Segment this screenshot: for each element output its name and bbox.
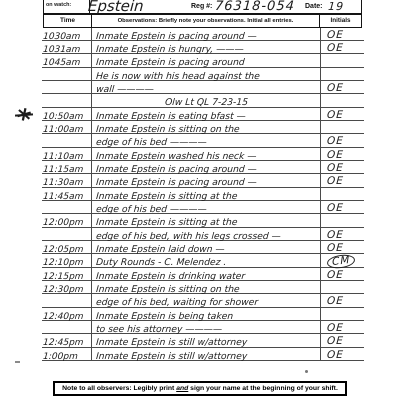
initials-value: OE bbox=[327, 42, 345, 54]
log-row: 12:45pm Inmate Epstein is still w/attorn… bbox=[42, 334, 364, 347]
time-value: 12:30pm bbox=[43, 284, 84, 297]
log-row: 12:30pm Inmate Epstein is sitting on the bbox=[42, 281, 364, 294]
observation-value: to see his attorney ———— bbox=[96, 323, 223, 336]
time-cell: 12:05pm bbox=[42, 241, 92, 253]
observation-value: Olw Lt QL 7-23-15 bbox=[164, 96, 248, 109]
log-row: 10:50am Inmate Epstein is eating bfast —… bbox=[42, 108, 364, 121]
observation-value: Inmate Epstein is still w/attorney bbox=[96, 350, 248, 363]
observation-value: edge of his bed, waiting for shower bbox=[96, 296, 259, 309]
time-value: 1045am bbox=[43, 57, 81, 70]
time-value: 12:40pm bbox=[43, 311, 84, 324]
initials-cell: OE bbox=[320, 241, 364, 253]
observation-cell: Inmate Epstein is still w/attorney bbox=[92, 348, 320, 360]
time-value: 11:00am bbox=[43, 124, 84, 137]
observation-value: wall ———— bbox=[96, 83, 155, 96]
time-value: 1:00pm bbox=[43, 351, 79, 364]
footer-note-prefix: Note to all observers: Legibly print bbox=[62, 385, 176, 392]
observation-cell: Inmate Epstein is hungry, ——— bbox=[92, 41, 320, 53]
observation-cell: Inmate Epstein washed his neck — bbox=[92, 148, 320, 160]
observation-value: Inmate Epstein is sitting on the bbox=[96, 283, 241, 296]
initials-value: OE bbox=[327, 322, 345, 334]
time-value: 11:10am bbox=[43, 151, 84, 164]
observation-value: Inmate Epstein is sitting at the bbox=[96, 216, 238, 229]
initials-value: OE bbox=[327, 82, 345, 94]
time-cell: 11:30am bbox=[42, 174, 92, 186]
column-header-time: Time bbox=[44, 15, 92, 28]
observation-cell: Duty Rounds - C. Melendez . bbox=[92, 254, 320, 266]
observation-value: Inmate Epstein is still w/attorney bbox=[96, 336, 248, 349]
observation-cell: He is now with his head against the bbox=[92, 68, 320, 80]
observation-value: Inmate Epstein is pacing around — bbox=[96, 163, 258, 176]
observation-cell: Inmate Epstein is sitting on the bbox=[92, 281, 320, 293]
log-row: Olw Lt QL 7-23-15 bbox=[42, 94, 364, 107]
initials-value: OE bbox=[327, 202, 345, 214]
observation-value: edge of his bed ———— bbox=[96, 203, 208, 216]
footer-note-suffix: sign your name at the beginning of your … bbox=[188, 385, 338, 392]
observation-cell: Inmate Epstein is pacing around bbox=[92, 54, 320, 66]
date-label: Date: bbox=[305, 3, 323, 10]
initials-cell bbox=[320, 121, 364, 133]
footer-note: Note to all observers: Legibly print and… bbox=[53, 381, 347, 396]
date-value: 7-23-19 bbox=[328, 0, 363, 13]
log-row: edge of his bed ———— OE bbox=[42, 201, 364, 214]
initials-cell bbox=[320, 308, 364, 320]
time-cell: 12:40pm bbox=[42, 308, 92, 320]
observation-cell: Inmate Epstein is sitting at the bbox=[92, 188, 320, 200]
observation-cell: edge of his bed, with his legs crossed — bbox=[92, 228, 320, 240]
scan-speckle bbox=[305, 370, 308, 373]
log-row: 12:40pm Inmate Epstein is being taken bbox=[42, 308, 364, 321]
initials-cell: OE bbox=[320, 108, 364, 120]
log-row: edge of his bed, with his legs crossed —… bbox=[42, 228, 364, 241]
observation-cell: Inmate Epstein is pacing around — bbox=[92, 161, 320, 173]
time-value: 11:15am bbox=[43, 164, 84, 177]
time-value: 12:15pm bbox=[43, 271, 84, 284]
observation-cell: edge of his bed ———— bbox=[92, 201, 320, 213]
log-row: 11:10am Inmate Epstein washed his neck —… bbox=[42, 148, 364, 161]
time-cell: 12:10pm bbox=[42, 254, 92, 266]
reg-number-label: Reg #: bbox=[191, 3, 212, 10]
initials-value: OE bbox=[327, 242, 345, 254]
time-value: 1031am bbox=[43, 44, 81, 57]
time-cell: 1030am bbox=[42, 28, 92, 40]
log-row: 12:05pm Inmate Epstein laid down — OE bbox=[42, 241, 364, 254]
log-row: 12:00pm Inmate Epstein is sitting at the bbox=[42, 214, 364, 227]
observation-cell: edge of his bed ———— bbox=[92, 134, 320, 146]
observation-value: Inmate Epstein laid down — bbox=[96, 243, 226, 256]
observation-cell: Inmate Epstein is drinking water bbox=[92, 268, 320, 280]
observation-value: Inmate Epstein is drinking water bbox=[96, 270, 246, 283]
observation-value: Inmate Epstein is sitting on the bbox=[96, 123, 241, 136]
observation-cell: Inmate Epstein is sitting on the bbox=[92, 121, 320, 133]
log-row: 11:00am Inmate Epstein is sitting on the bbox=[42, 121, 364, 134]
initials-value: OE bbox=[327, 295, 345, 307]
time-cell: 10:50am bbox=[42, 108, 92, 120]
initials-cell bbox=[320, 281, 364, 293]
initials-value: OE bbox=[327, 149, 345, 161]
observation-value: Inmate Epstein washed his neck — bbox=[96, 150, 257, 163]
initials-cell: OE bbox=[320, 348, 364, 360]
header-box: Name of inmate on watch: Epstein Reg #: … bbox=[43, 0, 362, 14]
observation-value: Duty Rounds - C. Melendez . bbox=[96, 256, 227, 269]
initials-cell: OE bbox=[320, 294, 364, 306]
initials-cell: CM bbox=[320, 254, 364, 266]
column-header-initials: Initials bbox=[319, 15, 361, 28]
initials-cell bbox=[320, 54, 364, 66]
initials-cell: OE bbox=[320, 28, 364, 40]
observation-cell: Inmate Epstein is pacing around — bbox=[92, 28, 320, 40]
time-cell bbox=[42, 81, 92, 93]
initials-value: OE bbox=[327, 29, 345, 41]
initials-value: OE bbox=[327, 269, 345, 281]
time-value: 12:45pm bbox=[43, 337, 84, 350]
observation-cell: Inmate Epstein laid down — bbox=[92, 241, 320, 253]
log-row: edge of his bed ———— OE bbox=[42, 134, 364, 147]
observation-cell: Inmate Epstein is still w/attorney bbox=[92, 334, 320, 346]
log-row: to see his attorney ———— OE bbox=[42, 321, 364, 334]
observation-log-page: Name of inmate on watch: Epstein Reg #: … bbox=[0, 0, 400, 400]
time-cell: 11:10am bbox=[42, 148, 92, 160]
time-value: 11:45am bbox=[43, 191, 84, 204]
initials-cell: OE bbox=[320, 81, 364, 93]
observation-value: Inmate Epstein is eating bfast — bbox=[96, 110, 247, 123]
initials-cell bbox=[320, 68, 364, 80]
initials-cell bbox=[320, 188, 364, 200]
initials-cell: OE bbox=[320, 321, 364, 333]
time-value: 12:10pm bbox=[43, 257, 84, 270]
initials-cell: OE bbox=[320, 201, 364, 213]
margin-asterisk-mark: * bbox=[13, 103, 33, 136]
reg-number-value: 76318-054 bbox=[214, 0, 295, 14]
log-row: 1031am Inmate Epstein is hungry, ——— OE bbox=[42, 41, 364, 54]
initials-cell: OE bbox=[320, 148, 364, 160]
inmate-name-label-line2: on watch: bbox=[46, 2, 89, 8]
log-row: 1:00pm Inmate Epstein is still w/attorne… bbox=[42, 348, 364, 361]
log-row: 12:15pm Inmate Epstein is drinking water… bbox=[42, 268, 364, 281]
initials-cell bbox=[320, 214, 364, 226]
time-cell bbox=[42, 94, 92, 106]
initials-value: OE bbox=[327, 229, 345, 241]
scan-speckle bbox=[15, 361, 20, 363]
observation-cell: Inmate Epstein is sitting at the bbox=[92, 214, 320, 226]
observation-value: Inmate Epstein is pacing around bbox=[96, 56, 246, 69]
observation-value: He is now with his head against the bbox=[96, 70, 261, 83]
observation-value: Inmate Epstein is hungry, ——— bbox=[96, 43, 245, 56]
observation-cell: Olw Lt QL 7-23-15 bbox=[92, 94, 320, 106]
time-cell: 12:00pm bbox=[42, 214, 92, 226]
time-value: 12:05pm bbox=[43, 244, 84, 257]
observation-value: Inmate Epstein is sitting at the bbox=[96, 190, 238, 203]
initials-value: OE bbox=[327, 349, 345, 361]
time-cell: 1045am bbox=[42, 54, 92, 66]
time-value: 10:50am bbox=[43, 111, 84, 124]
initials-cell: OE bbox=[320, 41, 364, 53]
initials-cell: OE bbox=[320, 334, 364, 346]
initials-value: OE bbox=[327, 175, 345, 187]
initials-value: OE bbox=[327, 135, 345, 147]
observation-cell: Inmate Epstein is eating bfast — bbox=[92, 108, 320, 120]
initials-cell: OE bbox=[320, 268, 364, 280]
initials-cell: OE bbox=[320, 161, 364, 173]
observation-value: Inmate Epstein is pacing around — bbox=[96, 30, 258, 43]
log-rows: 1030am Inmate Epstein is pacing around —… bbox=[42, 28, 364, 362]
observation-cell: edge of his bed, waiting for shower bbox=[92, 294, 320, 306]
time-value: 12:00pm bbox=[43, 217, 84, 230]
log-row: 11:15am Inmate Epstein is pacing around … bbox=[42, 161, 364, 174]
initials-cell bbox=[320, 94, 364, 106]
log-row: 11:30am Inmate Epstein is pacing around … bbox=[42, 174, 364, 187]
observation-value: Inmate Epstein is being taken bbox=[96, 310, 234, 323]
initials-cell: OE bbox=[320, 134, 364, 146]
log-row: 12:10pm Duty Rounds - C. Melendez . CM bbox=[42, 254, 364, 267]
observation-cell: Inmate Epstein is being taken bbox=[92, 308, 320, 320]
column-header-row: Time Observations: Briefly note your obs… bbox=[43, 14, 362, 29]
initials-cell: OE bbox=[320, 228, 364, 240]
footer-note-and: and bbox=[176, 385, 188, 392]
log-row: 1030am Inmate Epstein is pacing around —… bbox=[42, 28, 364, 41]
initials-cell: OE bbox=[320, 174, 364, 186]
log-row: 11:45am Inmate Epstein is sitting at the bbox=[42, 188, 364, 201]
time-value: 1030am bbox=[43, 31, 81, 44]
initials-value: OE bbox=[327, 109, 345, 121]
observation-value: Inmate Epstein is pacing around — bbox=[96, 176, 258, 189]
initials-value: OE bbox=[327, 335, 345, 347]
observation-value: edge of his bed ———— bbox=[96, 136, 208, 149]
log-row: 1045am Inmate Epstein is pacing around bbox=[42, 54, 364, 67]
column-header-observations: Observations: Briefly note your observat… bbox=[92, 18, 319, 24]
log-row: He is now with his head against the bbox=[42, 68, 364, 81]
observation-value: edge of his bed, with his legs crossed — bbox=[96, 230, 282, 243]
log-row: edge of his bed, waiting for shower OE bbox=[42, 294, 364, 307]
observation-cell: Inmate Epstein is pacing around — bbox=[92, 174, 320, 186]
time-value: 11:30am bbox=[43, 177, 84, 190]
observation-cell: to see his attorney ———— bbox=[92, 321, 320, 333]
initials-value: OE bbox=[327, 162, 345, 174]
time-cell: 12:45pm bbox=[42, 334, 92, 346]
inmate-name-label: Name of inmate on watch: bbox=[44, 0, 90, 13]
